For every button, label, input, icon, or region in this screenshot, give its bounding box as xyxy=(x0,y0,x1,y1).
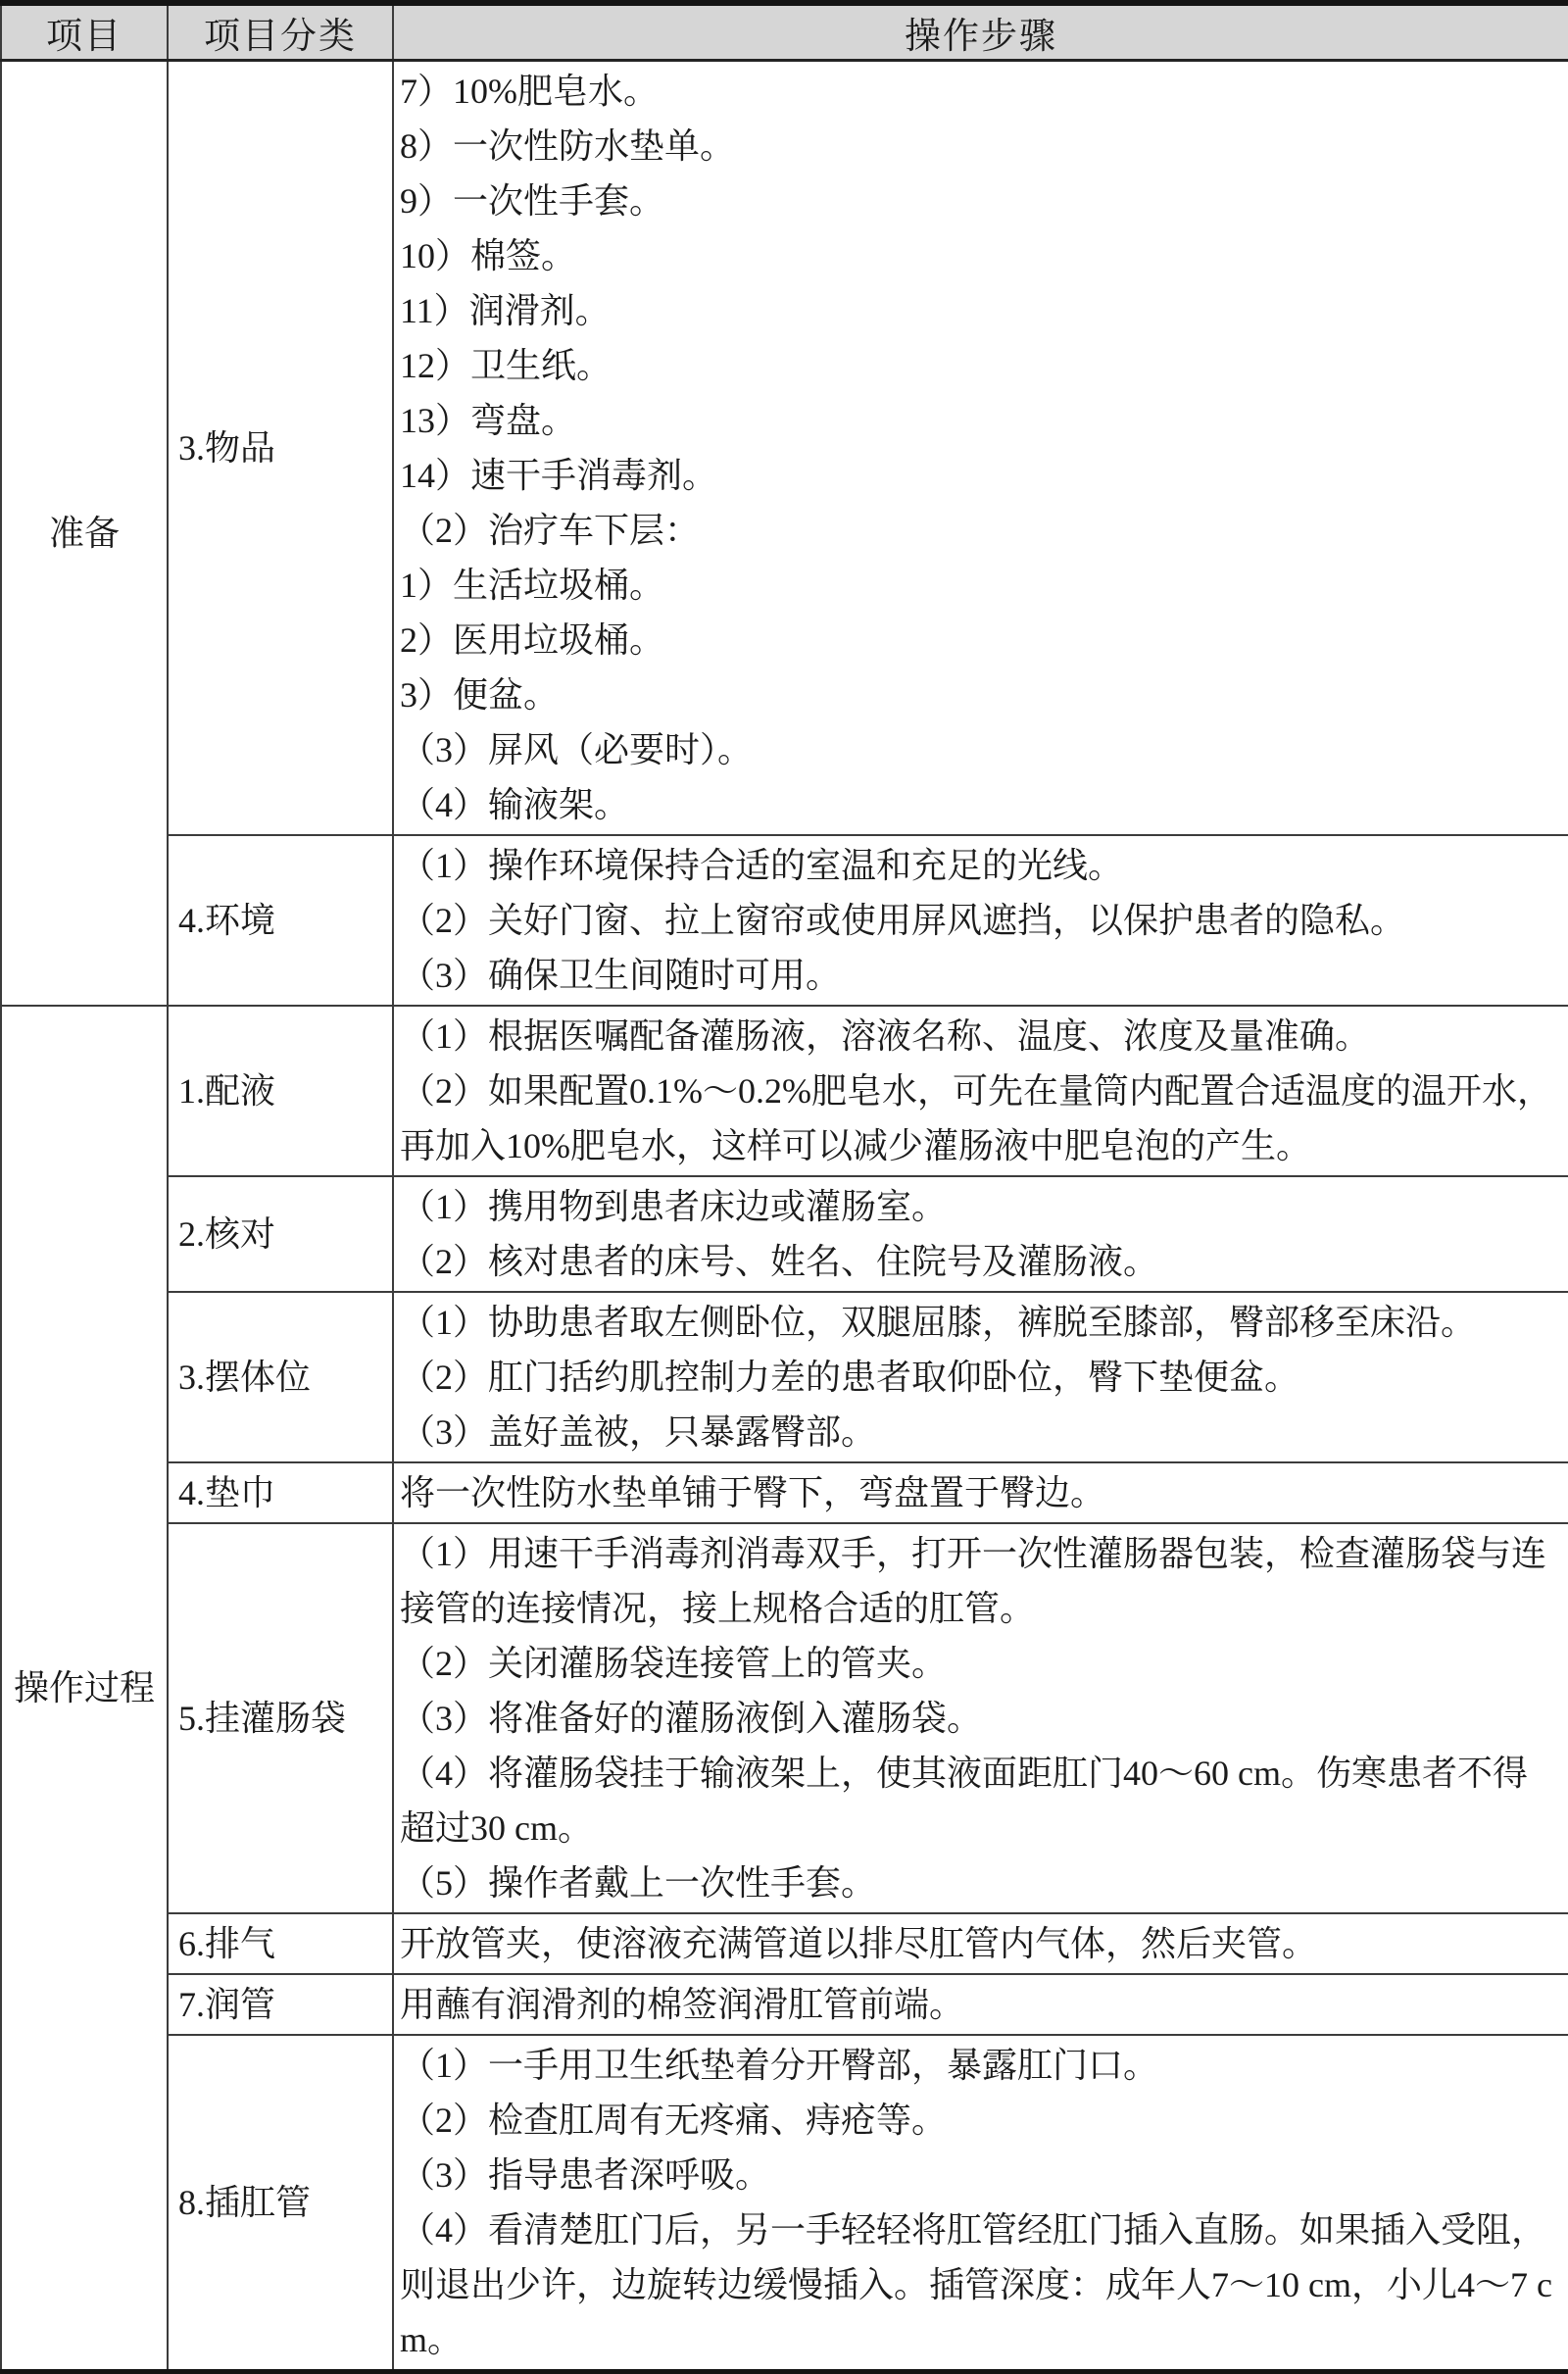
step-line: （3）将准备好的灌肠液倒入灌肠袋。 xyxy=(400,1691,1562,1746)
category-cell: 3.物品 xyxy=(168,61,393,836)
step-line: （2）核对患者的床号、姓名、住院号及灌肠液。 xyxy=(400,1234,1562,1289)
step-line: 用蘸有润滑剂的棉签润滑肛管前端。 xyxy=(400,1977,1562,2032)
step-line: （2）如果配置0.1%～0.2%肥皂水，可先在量筒内配置合适温度的温开水，再加入… xyxy=(400,1063,1562,1173)
procedure-table: 项目 项目分类 操作步骤 准备3.物品7）10%肥皂水。8）一次性防水垫单。9）… xyxy=(0,0,1568,2374)
step-line: 3）便盆。 xyxy=(400,668,1562,722)
category-cell: 7.润管 xyxy=(168,1974,393,2035)
category-cell: 4.环境 xyxy=(168,835,393,1006)
step-line: 10）棉签。 xyxy=(400,228,1562,283)
step-line: （2）检查肛周有无疼痛、痔疮等。 xyxy=(400,2093,1562,2148)
table-body: 准备3.物品7）10%肥皂水。8）一次性防水垫单。9）一次性手套。10）棉签。1… xyxy=(1,61,1568,2372)
category-cell: 5.挂灌肠袋 xyxy=(168,1523,393,1913)
steps-cell: （1）协助患者取左侧卧位，双腿屈膝，裤脱至膝部，臀部移至床沿。（2）肛门括约肌控… xyxy=(393,1292,1568,1462)
table-row: 3.摆体位（1）协助患者取左侧卧位，双腿屈膝，裤脱至膝部，臀部移至床沿。（2）肛… xyxy=(1,1292,1568,1462)
category-cell: 8.插肛管 xyxy=(168,2035,393,2372)
step-line: （3）指导患者深呼吸。 xyxy=(400,2148,1562,2202)
steps-cell: （1）一手用卫生纸垫着分开臀部，暴露肛门口。（2）检查肛周有无疼痛、痔疮等。（3… xyxy=(393,2035,1568,2372)
table-row: 5.挂灌肠袋（1）用速干手消毒剂消毒双手，打开一次性灌肠器包装，检查灌肠袋与连接… xyxy=(1,1523,1568,1913)
step-line: （2）关闭灌肠袋连接管上的管夹。 xyxy=(400,1636,1562,1691)
category-cell: 6.排气 xyxy=(168,1913,393,1974)
header-cell-item: 项目 xyxy=(1,3,168,61)
step-line: （2）关好门窗、拉上窗帘或使用屏风遮挡，以保护患者的隐私。 xyxy=(400,893,1562,948)
step-line: （1）操作环境保持合适的室温和充足的光线。 xyxy=(400,838,1562,893)
step-line: （4）输液架。 xyxy=(400,777,1562,832)
category-cell: 3.摆体位 xyxy=(168,1292,393,1462)
step-line: 9）一次性手套。 xyxy=(400,173,1562,228)
step-line: 开放管夹，使溶液充满管道以排尽肛管内气体，然后夹管。 xyxy=(400,1916,1562,1971)
header-row: 项目 项目分类 操作步骤 xyxy=(1,3,1568,61)
category-cell: 1.配液 xyxy=(168,1006,393,1176)
header-cell-steps: 操作步骤 xyxy=(393,3,1568,61)
steps-cell: （1）根据医嘱配备灌肠液，溶液名称、温度、浓度及量准确。（2）如果配置0.1%～… xyxy=(393,1006,1568,1176)
step-line: （3）确保卫生间随时可用。 xyxy=(400,948,1562,1003)
table-row: 2.核对（1）携用物到患者床边或灌肠室。（2）核对患者的床号、姓名、住院号及灌肠… xyxy=(1,1176,1568,1292)
table-row: 操作过程1.配液（1）根据医嘱配备灌肠液，溶液名称、温度、浓度及量准确。（2）如… xyxy=(1,1006,1568,1176)
steps-cell: 开放管夹，使溶液充满管道以排尽肛管内气体，然后夹管。 xyxy=(393,1913,1568,1974)
document-page: 项目 项目分类 操作步骤 准备3.物品7）10%肥皂水。8）一次性防水垫单。9）… xyxy=(0,0,1568,2374)
steps-cell: （1）携用物到患者床边或灌肠室。（2）核对患者的床号、姓名、住院号及灌肠液。 xyxy=(393,1176,1568,1292)
step-line: 8）一次性防水垫单。 xyxy=(400,119,1562,173)
step-line: 将一次性防水垫单铺于臀下，弯盘置于臀边。 xyxy=(400,1465,1562,1520)
step-line: 2）医用垃圾桶。 xyxy=(400,613,1562,668)
step-line: （2）肛门括约肌控制力差的患者取仰卧位，臀下垫便盆。 xyxy=(400,1350,1562,1405)
header-cell-category: 项目分类 xyxy=(168,3,393,61)
step-line: （1）协助患者取左侧卧位，双腿屈膝，裤脱至膝部，臀部移至床沿。 xyxy=(400,1295,1562,1350)
item-cell: 准备 xyxy=(1,61,168,1007)
step-line: （4）将灌肠袋挂于输液架上，使其液面距肛门40～60 cm。伤寒患者不得超过30… xyxy=(400,1746,1562,1855)
step-line: 13）弯盘。 xyxy=(400,393,1562,448)
step-line: （1）用速干手消毒剂消毒双手，打开一次性灌肠器包装，检查灌肠袋与连接管的连接情况… xyxy=(400,1526,1562,1636)
step-line: （2）治疗车下层： xyxy=(400,503,1562,558)
table-row: 准备3.物品7）10%肥皂水。8）一次性防水垫单。9）一次性手套。10）棉签。1… xyxy=(1,61,1568,836)
steps-cell: （1）操作环境保持合适的室温和充足的光线。（2）关好门窗、拉上窗帘或使用屏风遮挡… xyxy=(393,835,1568,1006)
step-line: （1）根据医嘱配备灌肠液，溶液名称、温度、浓度及量准确。 xyxy=(400,1009,1562,1063)
step-line: 1）生活垃圾桶。 xyxy=(400,558,1562,613)
steps-cell: （1）用速干手消毒剂消毒双手，打开一次性灌肠器包装，检查灌肠袋与连接管的连接情况… xyxy=(393,1523,1568,1913)
step-line: 12）卫生纸。 xyxy=(400,338,1562,393)
step-line: 14）速干手消毒剂。 xyxy=(400,448,1562,503)
step-line: （3）屏风（必要时）。 xyxy=(400,722,1562,777)
table-header: 项目 项目分类 操作步骤 xyxy=(1,3,1568,61)
category-cell: 4.垫巾 xyxy=(168,1462,393,1523)
step-line: （3）盖好盖被，只暴露臀部。 xyxy=(400,1405,1562,1459)
table-row: 4.垫巾将一次性防水垫单铺于臀下，弯盘置于臀边。 xyxy=(1,1462,1568,1523)
table-row: 7.润管用蘸有润滑剂的棉签润滑肛管前端。 xyxy=(1,1974,1568,2035)
table-row: 6.排气开放管夹，使溶液充满管道以排尽肛管内气体，然后夹管。 xyxy=(1,1913,1568,1974)
steps-cell: 7）10%肥皂水。8）一次性防水垫单。9）一次性手套。10）棉签。11）润滑剂。… xyxy=(393,61,1568,836)
step-line: （1）一手用卫生纸垫着分开臀部，暴露肛门口。 xyxy=(400,2038,1562,2093)
step-line: （4）看清楚肛门后，另一手轻轻将肛管经肛门插入直肠。如果插入受阻，则退出少许，边… xyxy=(400,2202,1562,2367)
table-row: 8.插肛管（1）一手用卫生纸垫着分开臀部，暴露肛门口。（2）检查肛周有无疼痛、痔… xyxy=(1,2035,1568,2372)
steps-cell: 用蘸有润滑剂的棉签润滑肛管前端。 xyxy=(393,1974,1568,2035)
step-line: 11）润滑剂。 xyxy=(400,283,1562,338)
category-cell: 2.核对 xyxy=(168,1176,393,1292)
step-line: （1）携用物到患者床边或灌肠室。 xyxy=(400,1179,1562,1234)
table-row: 4.环境（1）操作环境保持合适的室温和充足的光线。（2）关好门窗、拉上窗帘或使用… xyxy=(1,835,1568,1006)
steps-cell: 将一次性防水垫单铺于臀下，弯盘置于臀边。 xyxy=(393,1462,1568,1523)
step-line: （5）操作者戴上一次性手套。 xyxy=(400,1855,1562,1910)
item-cell: 操作过程 xyxy=(1,1006,168,2372)
step-line: 7）10%肥皂水。 xyxy=(400,64,1562,119)
